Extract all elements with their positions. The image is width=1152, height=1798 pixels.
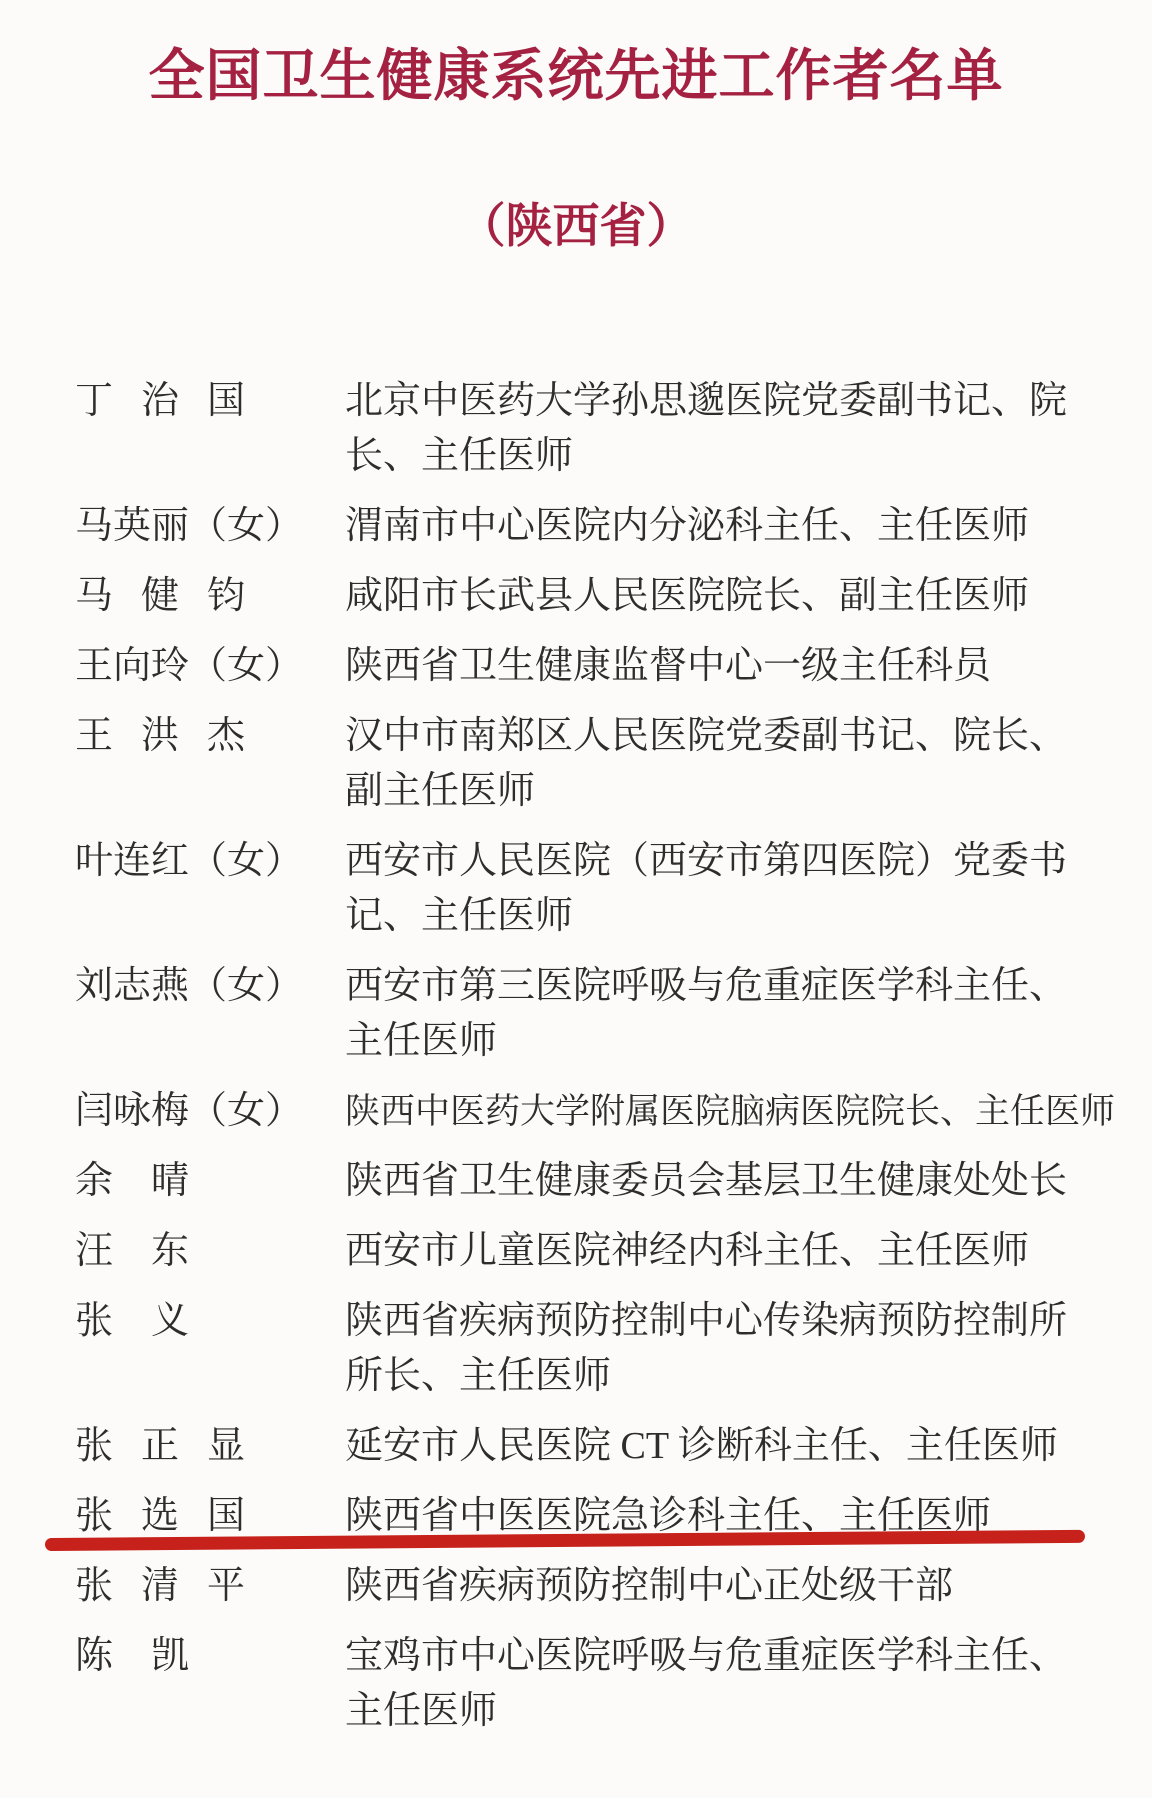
list-entry: 王向玲（女）陕西省卫生健康监督中心一级主任科员 (75, 639, 1112, 694)
list-entry: 陈 凯宝鸡市中心医院呼吸与危重症医学科主任、主任医师 (75, 1629, 1112, 1739)
entry-description-line: 西安市第三医院呼吸与危重症医学科主任、 (345, 959, 1112, 1014)
entry-description: 陕西省疾病预防控制中心正处级干部 (345, 1559, 1112, 1614)
entry-description: 西安市儿童医院神经内科主任、主任医师 (345, 1224, 1112, 1279)
entry-description: 宝鸡市中心医院呼吸与危重症医学科主任、主任医师 (345, 1629, 1112, 1739)
entry-description-line: 所长、主任医师 (345, 1349, 1112, 1404)
page-title: 全国卫生健康系统先进工作者名单 (0, 44, 1152, 108)
entry-name: 张 义 (75, 1294, 189, 1349)
entry-description-line: 主任医师 (345, 1684, 1112, 1739)
entry-description: 渭南市中心医院内分泌科主任、主任医师 (345, 499, 1112, 554)
entry-description: 延安市人民医院 CT 诊断科主任、主任医师 (345, 1419, 1112, 1474)
entry-description: 咸阳市长武县人民医院院长、副主任医师 (345, 569, 1112, 624)
entry-name: 丁治国 (75, 374, 273, 429)
entry-description-line: 咸阳市长武县人民医院院长、副主任医师 (345, 569, 1112, 624)
entry-name: 马英丽（女） (75, 499, 303, 554)
list-entry: 张 义陕西省疾病预防控制中心传染病预防控制所所长、主任医师 (75, 1294, 1112, 1404)
list-entry: 张选国陕西省中医医院急诊科主任、主任医师 (75, 1489, 1112, 1544)
entry-name: 余 晴 (75, 1154, 189, 1209)
entry-name: 张清平 (75, 1559, 273, 1614)
entry-description: 汉中市南郑区人民医院党委副书记、院长、副主任医师 (345, 709, 1112, 819)
entry-name: 王洪杰 (75, 709, 273, 764)
entry-description-line: 渭南市中心医院内分泌科主任、主任医师 (345, 499, 1112, 554)
awardee-list: 丁治国北京中医药大学孙思邈医院党委副书记、院长、主任医师马英丽（女）渭南市中心医… (75, 374, 1112, 1754)
list-entry: 刘志燕（女）西安市第三医院呼吸与危重症医学科主任、主任医师 (75, 959, 1112, 1069)
entry-description: 陕西省卫生健康委员会基层卫生健康处处长 (345, 1154, 1112, 1209)
entry-description: 陕西省卫生健康监督中心一级主任科员 (345, 639, 1112, 694)
list-entry: 丁治国北京中医药大学孙思邈医院党委副书记、院长、主任医师 (75, 374, 1112, 484)
entry-description-line: 延安市人民医院 CT 诊断科主任、主任医师 (345, 1419, 1112, 1474)
list-entry: 马英丽（女）渭南市中心医院内分泌科主任、主任医师 (75, 499, 1112, 554)
entry-description-line: 陕西省疾病预防控制中心传染病预防控制所 (345, 1294, 1112, 1349)
entry-description-line: 汉中市南郑区人民医院党委副书记、院长、 (345, 709, 1112, 764)
entry-description-line: 陕西省卫生健康监督中心一级主任科员 (345, 639, 1112, 694)
list-entry: 汪 东西安市儿童医院神经内科主任、主任医师 (75, 1224, 1112, 1279)
entry-description-line: 长、主任医师 (345, 429, 1112, 484)
entry-name: 马健钧 (75, 569, 273, 624)
page-subtitle: （陕西省） (0, 198, 1152, 254)
document-page: { "colors": { "title": "#a42142", "text"… (0, 0, 1152, 1798)
entry-description-line: 西安市人民医院（西安市第四医院）党委书 (345, 834, 1112, 889)
list-entry: 张正显延安市人民医院 CT 诊断科主任、主任医师 (75, 1419, 1112, 1474)
entry-description-line: 西安市儿童医院神经内科主任、主任医师 (345, 1224, 1112, 1279)
list-entry: 王洪杰汉中市南郑区人民医院党委副书记、院长、副主任医师 (75, 709, 1112, 819)
entry-description-line: 副主任医师 (345, 764, 1112, 819)
entry-name: 叶连红（女） (75, 834, 303, 889)
entry-name: 汪 东 (75, 1224, 189, 1279)
entry-description: 陕西中医药大学附属医院脑病医院院长、主任医师 (345, 1084, 1112, 1139)
entry-description: 西安市人民医院（西安市第四医院）党委书记、主任医师 (345, 834, 1112, 944)
entry-name: 刘志燕（女） (75, 959, 303, 1014)
entry-description-line: 记、主任医师 (345, 889, 1112, 944)
entry-description-line: 陕西中医药大学附属医院脑病医院院长、主任医师 (345, 1084, 1112, 1139)
entry-description-line: 主任医师 (345, 1014, 1112, 1069)
list-entry: 马健钧咸阳市长武县人民医院院长、副主任医师 (75, 569, 1112, 624)
entry-name: 陈 凯 (75, 1629, 189, 1684)
entry-description-line: 北京中医药大学孙思邈医院党委副书记、院 (345, 374, 1112, 429)
entry-description-line: 陕西省卫生健康委员会基层卫生健康处处长 (345, 1154, 1112, 1209)
entry-description-line: 陕西省疾病预防控制中心正处级干部 (345, 1559, 1112, 1614)
list-entry: 余 晴陕西省卫生健康委员会基层卫生健康处处长 (75, 1154, 1112, 1209)
entry-name: 张正显 (75, 1419, 273, 1474)
entry-name: 闫咏梅（女） (75, 1084, 303, 1139)
entry-description: 陕西省疾病预防控制中心传染病预防控制所所长、主任医师 (345, 1294, 1112, 1404)
list-entry: 张清平陕西省疾病预防控制中心正处级干部 (75, 1559, 1112, 1614)
list-entry: 叶连红（女）西安市人民医院（西安市第四医院）党委书记、主任医师 (75, 834, 1112, 944)
entry-name: 王向玲（女） (75, 639, 303, 694)
list-entry: 闫咏梅（女）陕西中医药大学附属医院脑病医院院长、主任医师 (75, 1084, 1112, 1139)
entry-description-line: 宝鸡市中心医院呼吸与危重症医学科主任、 (345, 1629, 1112, 1684)
entry-description: 北京中医药大学孙思邈医院党委副书记、院长、主任医师 (345, 374, 1112, 484)
entry-description: 西安市第三医院呼吸与危重症医学科主任、主任医师 (345, 959, 1112, 1069)
